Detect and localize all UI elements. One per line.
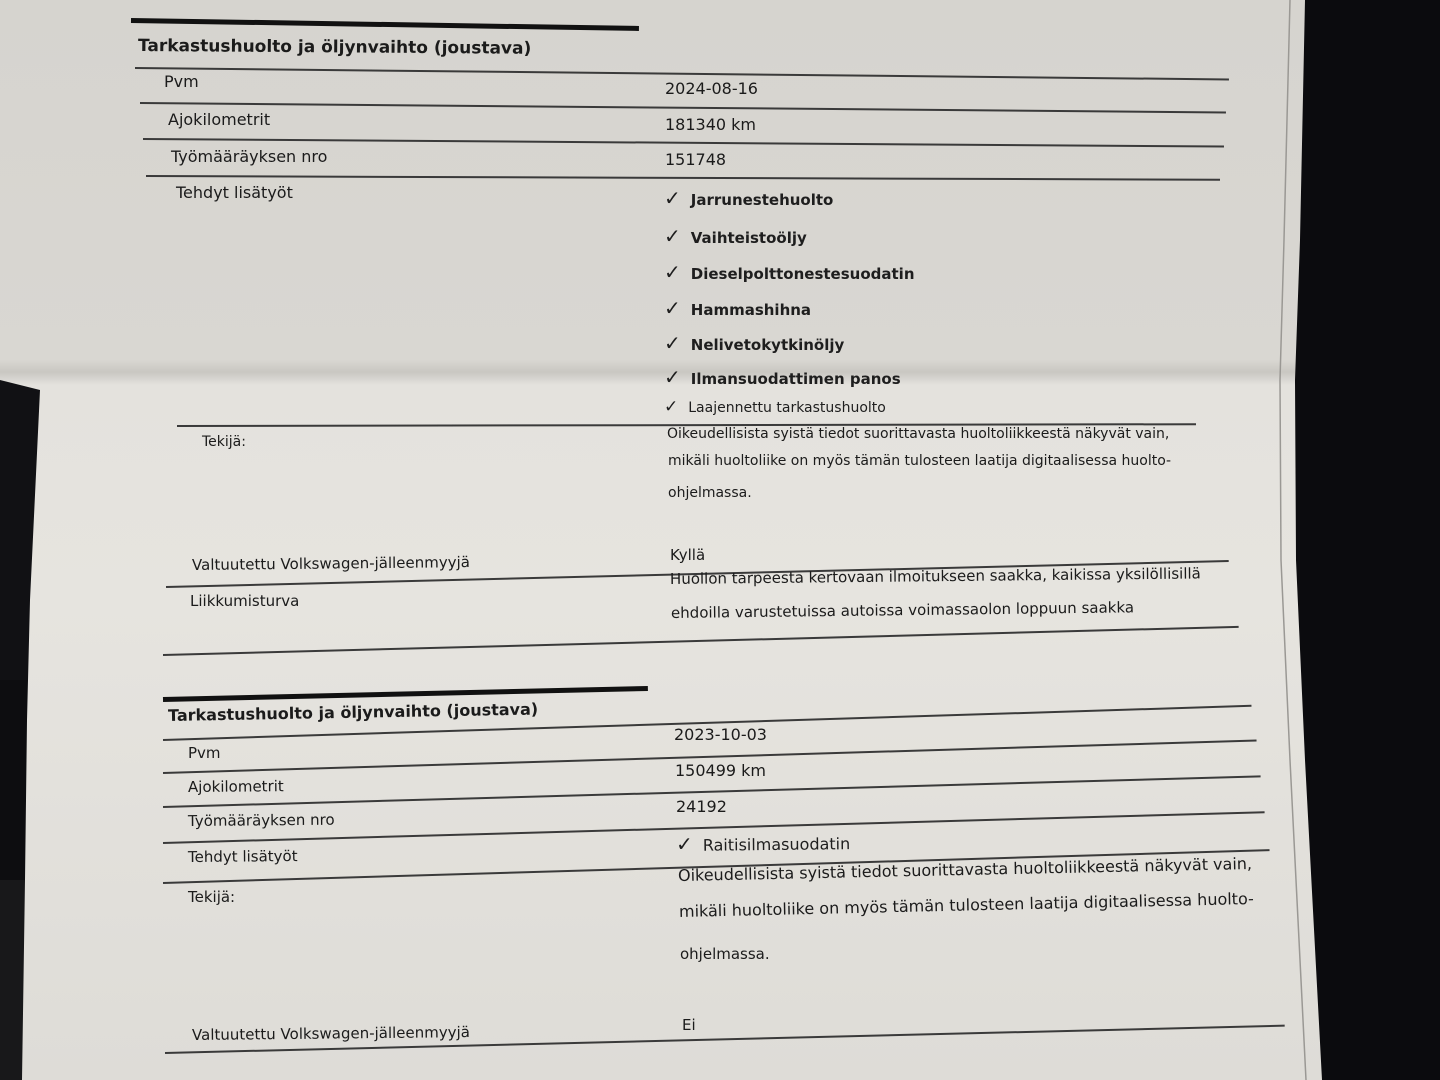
dealer-label: Valtuutettu Volkswagen-jälleenmyyjä <box>192 1023 470 1044</box>
extra-work-item: ✓Dieselpolttonestesuodatin <box>664 260 915 284</box>
maker-note-line: Oikeudellisista syistä tiedot suorittava… <box>667 426 1169 442</box>
work-order-label: Työmääräyksen nro <box>171 147 327 166</box>
row-divider <box>135 67 1229 80</box>
work-order-value: 151748 <box>665 150 726 169</box>
checkmark-icon: ✓ <box>676 832 693 856</box>
mileage-value: 150499 km <box>675 761 766 780</box>
maker-note-line: ohjelmassa. <box>668 485 752 501</box>
checkmark-icon: ✓ <box>664 365 681 389</box>
maker-note-line: ohjelmassa. <box>680 945 770 963</box>
extra-work-item-label: Raitisilmasuodatin <box>703 834 851 855</box>
row-divider <box>143 138 1224 147</box>
checkmark-icon: ✓ <box>664 331 681 355</box>
checkmark-icon: ✓ <box>664 296 681 320</box>
date-value: 2024-08-16 <box>665 79 758 98</box>
checkmark-icon: ✓ <box>664 260 681 284</box>
section-divider-bar <box>163 686 648 702</box>
mileage-label: Ajokilometrit <box>168 110 270 129</box>
mileage-value: 181340 km <box>665 115 756 134</box>
extra-work-item-label: Hammashihna <box>691 301 811 319</box>
dealer-value: Kyllä <box>670 546 705 564</box>
extra-work-item-label: Ilmansuodattimen panos <box>691 370 901 388</box>
extra-work-item-label: Jarrunestehuolto <box>691 191 834 209</box>
mobility-label: Liikkumisturva <box>190 592 299 610</box>
row-divider <box>163 626 1239 656</box>
work-order-value: 24192 <box>676 797 727 816</box>
mobility-value-line: ehdoilla varustetuissa autoissa voimassa… <box>671 598 1134 622</box>
checkmark-icon: ✓ <box>664 224 681 248</box>
checkmark-icon: ✓ <box>664 397 678 417</box>
maker-label: Tekijä: <box>202 434 246 450</box>
record-title: Tarkastushuolto ja öljynvaihto (joustava… <box>138 36 531 59</box>
mobility-value-line: Huollon tarpeesta kertovaan ilmoitukseen… <box>670 564 1201 588</box>
dealer-value: Ei <box>682 1016 696 1034</box>
record-title: Tarkastushuolto ja öljynvaihto (joustava… <box>168 700 538 725</box>
date-label: Pvm <box>164 72 199 91</box>
extra-work-item-label: Laajennettu tarkastushuolto <box>688 400 886 416</box>
date-label: Pvm <box>188 744 221 762</box>
maker-note-line: mikäli huoltoliike on myös tämän tuloste… <box>679 889 1254 921</box>
work-order-label: Työmääräyksen nro <box>188 811 335 830</box>
maker-note-line: mikäli huoltoliike on myös tämän tuloste… <box>668 453 1171 469</box>
row-divider <box>140 102 1226 113</box>
checkmark-icon: ✓ <box>664 186 681 210</box>
extra-work-item-label: Vaihteistoöljy <box>691 229 807 247</box>
extra-work-item: ✓Raitisilmasuodatin <box>676 830 850 856</box>
date-value: 2023-10-03 <box>674 725 767 744</box>
dealer-label: Valtuutettu Volkswagen-jälleenmyyjä <box>192 553 470 574</box>
extra-work-item: ✓Vaihteistoöljy <box>664 224 807 248</box>
extra-work-label: Tehdyt lisätyöt <box>176 183 293 202</box>
extra-work-label: Tehdyt lisätyöt <box>188 847 298 866</box>
service-history-document: Tarkastushuolto ja öljynvaihto (joustava… <box>0 0 1440 1080</box>
extra-work-item-label: Dieselpolttonestesuodatin <box>691 265 915 283</box>
extra-work-item: ✓Nelivetokytkinöljy <box>664 331 844 355</box>
extra-work-item: ✓Hammashihna <box>664 296 811 320</box>
extra-work-item: ✓Laajennettu tarkastushuolto <box>664 397 886 417</box>
extra-work-item-label: Nelivetokytkinöljy <box>691 336 845 354</box>
mileage-label: Ajokilometrit <box>188 777 284 796</box>
section-divider-bar <box>131 18 639 31</box>
extra-work-item: ✓Ilmansuodattimen panos <box>664 365 901 389</box>
row-divider <box>146 175 1220 180</box>
maker-label: Tekijä: <box>188 888 235 906</box>
extra-work-item: ✓Jarrunestehuolto <box>664 186 833 210</box>
